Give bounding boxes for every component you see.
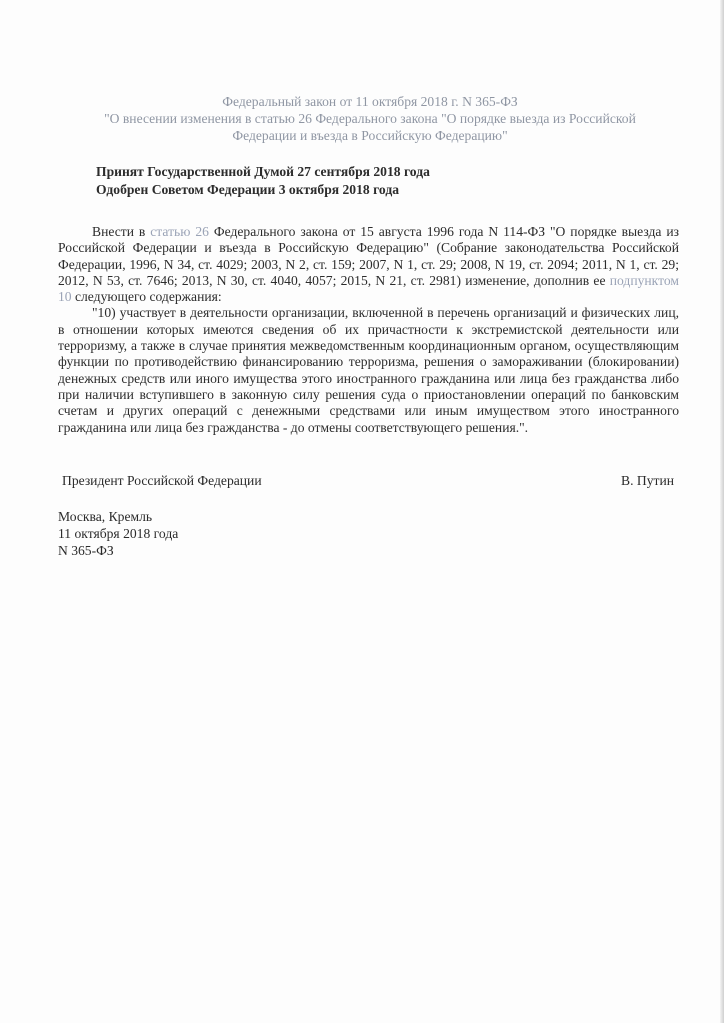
signatory-position: Президент Российской Федерации bbox=[62, 473, 262, 489]
paragraph-amendment: Внести в статью 26 Федерального закона о… bbox=[58, 224, 679, 305]
approval-block: Принят Государственной Думой 27 сентября… bbox=[96, 163, 430, 199]
council-approval: Одобрен Советом Федерации 3 октября 2018… bbox=[96, 181, 430, 199]
signing-place: Москва, Кремль bbox=[58, 508, 178, 525]
law-subtitle-line1: "О внесении изменения в статью 26 Федера… bbox=[60, 110, 680, 127]
scan-edge-shadow bbox=[720, 0, 724, 1023]
law-subtitle-line2: Федерации и въезда в Российскую Федераци… bbox=[60, 127, 680, 144]
signing-date: 11 октября 2018 года bbox=[58, 525, 178, 542]
document-body: Внести в статью 26 Федерального закона о… bbox=[58, 224, 679, 436]
law-title: Федеральный закон от 11 октября 2018 г. … bbox=[60, 93, 680, 110]
signature-row: Президент Российской Федерации В. Путин bbox=[62, 473, 674, 489]
paragraph-subparagraph-10: "10) участвует в деятельности организаци… bbox=[58, 305, 679, 435]
document-header: Федеральный закон от 11 октября 2018 г. … bbox=[60, 93, 680, 144]
law-number: N 365-ФЗ bbox=[58, 542, 178, 559]
link-article-26[interactable]: статью 26 bbox=[150, 224, 209, 239]
signatory-name: В. Путин bbox=[621, 473, 674, 489]
duma-approval: Принят Государственной Думой 27 сентября… bbox=[96, 163, 430, 181]
document-footer: Москва, Кремль 11 октября 2018 года N 36… bbox=[58, 508, 178, 559]
